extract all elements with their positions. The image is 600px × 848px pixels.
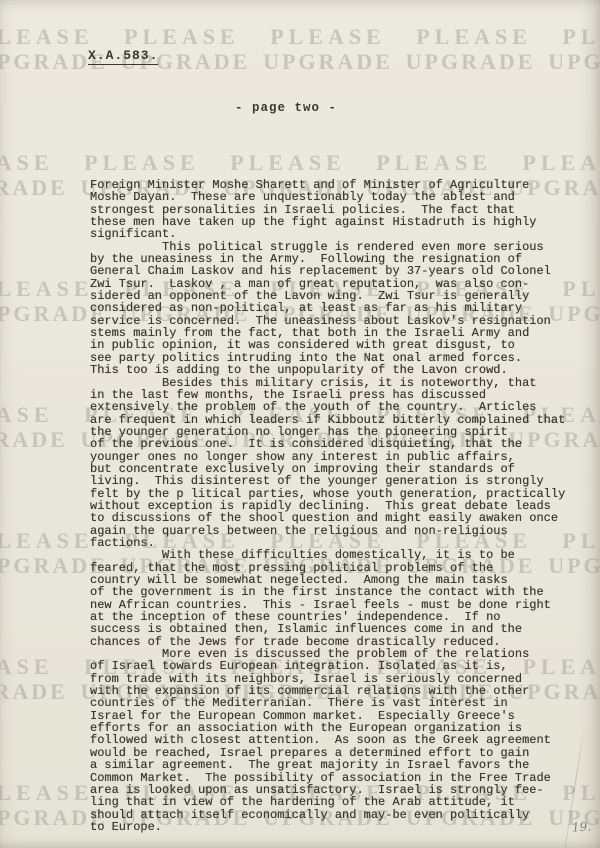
watermark-word: PLEASE — [376, 150, 492, 175]
watermark-word: UPGRADE — [0, 427, 68, 452]
watermark-word: PLEASE — [0, 654, 54, 679]
watermark-word: UPGRADE — [406, 49, 536, 74]
watermark-word: PLEASE — [0, 528, 94, 553]
watermark-word: PLEASE — [270, 24, 386, 49]
watermark-word: PLEASE — [562, 24, 600, 49]
paragraph-5: More even is discussed the problem of th… — [90, 648, 582, 833]
paragraph-1: Foreign Minister Moshe Sharett and of Mi… — [90, 179, 582, 241]
document-body: Foreign Minister Moshe Sharett and of Mi… — [90, 179, 582, 833]
watermark-word: PLEASE — [0, 24, 94, 49]
watermark-word: PLEASE — [0, 276, 94, 301]
watermark-word: PLEASE — [522, 150, 600, 175]
watermark-word: PLEASE — [124, 24, 240, 49]
watermark-word: PLEASE — [230, 150, 346, 175]
paragraph-4: With these difficulties domestically, it… — [90, 549, 582, 648]
paragraph-2: This political struggle is rendered even… — [90, 241, 582, 377]
handwritten-page-number: 19. — [572, 819, 592, 834]
watermark-word: UPGRADE — [548, 49, 600, 74]
watermark-word: UPGRADE — [0, 679, 68, 704]
document-reference: X.A.583. — [88, 48, 158, 65]
scanned-document-page: PLEASEPLEASEPLEASEPLEASEPLEASEUPGRADEUPG… — [0, 0, 600, 848]
watermark-word: PLEASE — [0, 150, 54, 175]
watermark-word: PLEASE — [84, 150, 200, 175]
watermark-word: UPGRADE — [263, 49, 393, 74]
watermark-word: PLEASE — [0, 402, 54, 427]
watermark-word: UPGRADE — [0, 175, 68, 200]
paragraph-3: Besides this military crisis, it is note… — [90, 377, 582, 550]
watermark-word: PLEASE — [0, 780, 94, 805]
watermark-word: PLEASE — [416, 24, 532, 49]
page-label: - page two - — [0, 101, 572, 115]
